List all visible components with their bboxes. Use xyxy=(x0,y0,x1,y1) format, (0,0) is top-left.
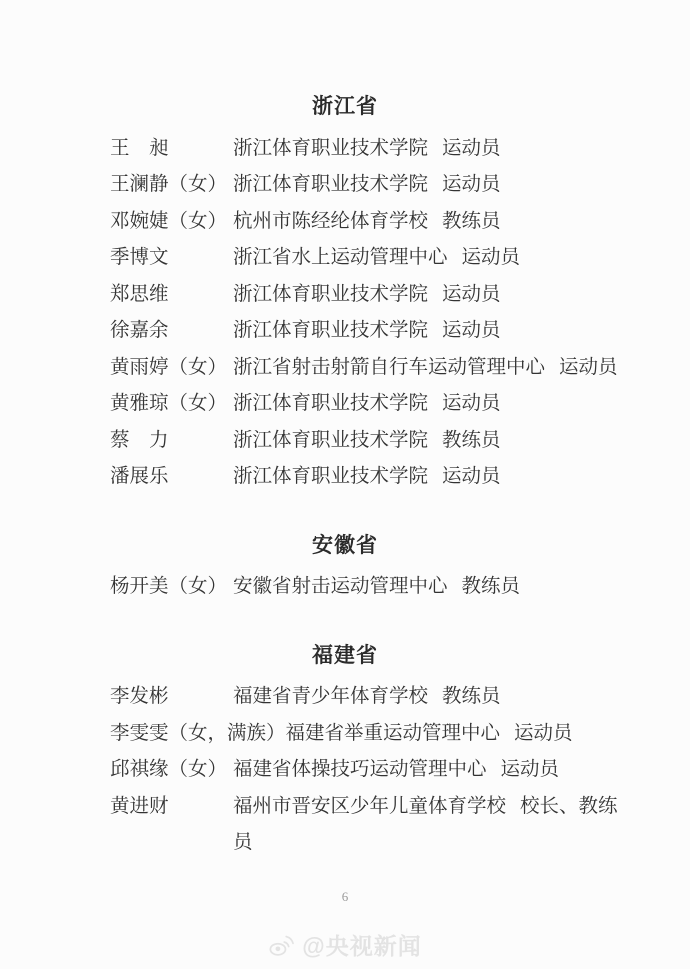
person-role: 教练员 xyxy=(442,429,501,451)
table-row: 李雯雯（女，满族） 福建省举重运动管理中心运动员 xyxy=(110,715,618,752)
person-name: 黄雨婷（女） xyxy=(110,349,233,386)
person-role: 教练员 xyxy=(442,685,501,707)
person-affiliation: 浙江省射击射箭自行车运动管理中心 xyxy=(233,356,545,378)
table-row: 邱祺缘（女） 福建省体操技巧运动管理中心运动员 xyxy=(110,751,618,788)
table-row: 季博文 浙江省水上运动管理中心运动员 xyxy=(110,239,618,276)
person-name: 黄雅琼（女） xyxy=(110,385,233,422)
person-name: 黄进财 xyxy=(110,788,233,825)
person-affiliation: 福州市晋安区少年儿童体育学校 xyxy=(233,795,506,817)
person-affiliation: 浙江体育职业技术学院 xyxy=(233,137,428,159)
table-row: 杨开美（女） 安徽省射击运动管理中心教练员 xyxy=(110,568,618,605)
person-role: 运动员 xyxy=(442,392,501,414)
table-row: 黄雨婷（女） 浙江省射击射箭自行车运动管理中心运动员 xyxy=(110,349,618,386)
roster-document: 浙江省 王 昶 浙江体育职业技术学院运动员 王澜静（女） 浙江体育职业技术学院运… xyxy=(0,0,690,861)
person-affiliation: 浙江体育职业技术学院 xyxy=(233,283,428,305)
person-role: 运动员 xyxy=(559,356,618,378)
table-row: 潘展乐 浙江体育职业技术学院运动员 xyxy=(110,458,618,495)
person-affiliation: 浙江体育职业技术学院 xyxy=(233,319,428,341)
table-row: 李发彬 福建省青少年体育学校教练员 xyxy=(110,678,618,715)
person-name: 郑思维 xyxy=(110,276,233,313)
person-affiliation: 浙江体育职业技术学院 xyxy=(233,429,428,451)
person-affiliation: 浙江体育职业技术学院 xyxy=(233,465,428,487)
person-role: 运动员 xyxy=(462,246,521,268)
watermark: @央视新闻 xyxy=(0,928,690,961)
province-section-anhui: 安徽省 杨开美（女） 安徽省射击运动管理中心教练员 xyxy=(0,528,690,605)
table-row: 徐嘉余 浙江体育职业技术学院运动员 xyxy=(110,312,618,349)
person-role: 运动员 xyxy=(442,137,501,159)
person-name: 季博文 xyxy=(110,239,233,276)
person-affiliation: 福建省体操技巧运动管理中心 xyxy=(233,758,487,780)
person-affiliation: 福建省青少年体育学校 xyxy=(233,685,428,707)
person-affiliation: 浙江体育职业技术学院 xyxy=(233,173,428,195)
person-role: 运动员 xyxy=(442,173,501,195)
person-affiliation: 杭州市陈经纶体育学校 xyxy=(233,210,428,232)
table-row: 黄进财 福州市晋安区少年儿童体育学校校长、教练员 xyxy=(110,788,618,861)
person-name: 李发彬 xyxy=(110,678,233,715)
table-row: 王澜静（女） 浙江体育职业技术学院运动员 xyxy=(110,166,618,203)
person-name: 王澜静（女） xyxy=(110,166,233,203)
province-title: 安徽省 xyxy=(0,528,690,565)
person-name: 杨开美（女） xyxy=(110,568,233,605)
person-role: 运动员 xyxy=(442,465,501,487)
person-role: 教练员 xyxy=(462,575,521,597)
person-role: 运动员 xyxy=(514,722,573,744)
person-affiliation: 福建省举重运动管理中心 xyxy=(286,722,501,744)
person-name: 李雯雯（女，满族） xyxy=(110,715,286,752)
province-title: 福建省 xyxy=(0,638,690,675)
page-number: 6 xyxy=(0,889,690,905)
person-role: 运动员 xyxy=(442,283,501,305)
person-role: 运动员 xyxy=(442,319,501,341)
person-name: 潘展乐 xyxy=(110,458,233,495)
person-name: 邱祺缘（女） xyxy=(110,751,233,788)
province-title: 浙江省 xyxy=(0,89,690,126)
table-row: 郑思维 浙江体育职业技术学院运动员 xyxy=(110,276,618,313)
person-name: 徐嘉余 xyxy=(110,312,233,349)
person-role: 教练员 xyxy=(442,210,501,232)
document-page: 浙江省 王 昶 浙江体育职业技术学院运动员 王澜静（女） 浙江体育职业技术学院运… xyxy=(0,0,690,969)
weibo-icon xyxy=(268,932,295,957)
table-row: 王 昶 浙江体育职业技术学院运动员 xyxy=(110,130,618,167)
table-row: 蔡 力 浙江体育职业技术学院教练员 xyxy=(110,422,618,459)
watermark-text: @央视新闻 xyxy=(302,928,421,961)
person-name: 邓婉婕（女） xyxy=(110,203,233,240)
person-role: 运动员 xyxy=(501,758,560,780)
person-affiliation: 安徽省射击运动管理中心 xyxy=(233,575,448,597)
person-name: 蔡 力 xyxy=(110,422,233,459)
table-row: 邓婉婕（女） 杭州市陈经纶体育学校教练员 xyxy=(110,203,618,240)
province-section-zhejiang: 浙江省 王 昶 浙江体育职业技术学院运动员 王澜静（女） 浙江体育职业技术学院运… xyxy=(0,89,690,495)
table-row: 黄雅琼（女） 浙江体育职业技术学院运动员 xyxy=(110,385,618,422)
province-section-fujian: 福建省 李发彬 福建省青少年体育学校教练员 李雯雯（女，满族） 福建省举重运动管… xyxy=(0,638,690,861)
person-affiliation: 浙江省水上运动管理中心 xyxy=(233,246,448,268)
person-affiliation: 浙江体育职业技术学院 xyxy=(233,392,428,414)
person-name: 王 昶 xyxy=(110,130,233,167)
